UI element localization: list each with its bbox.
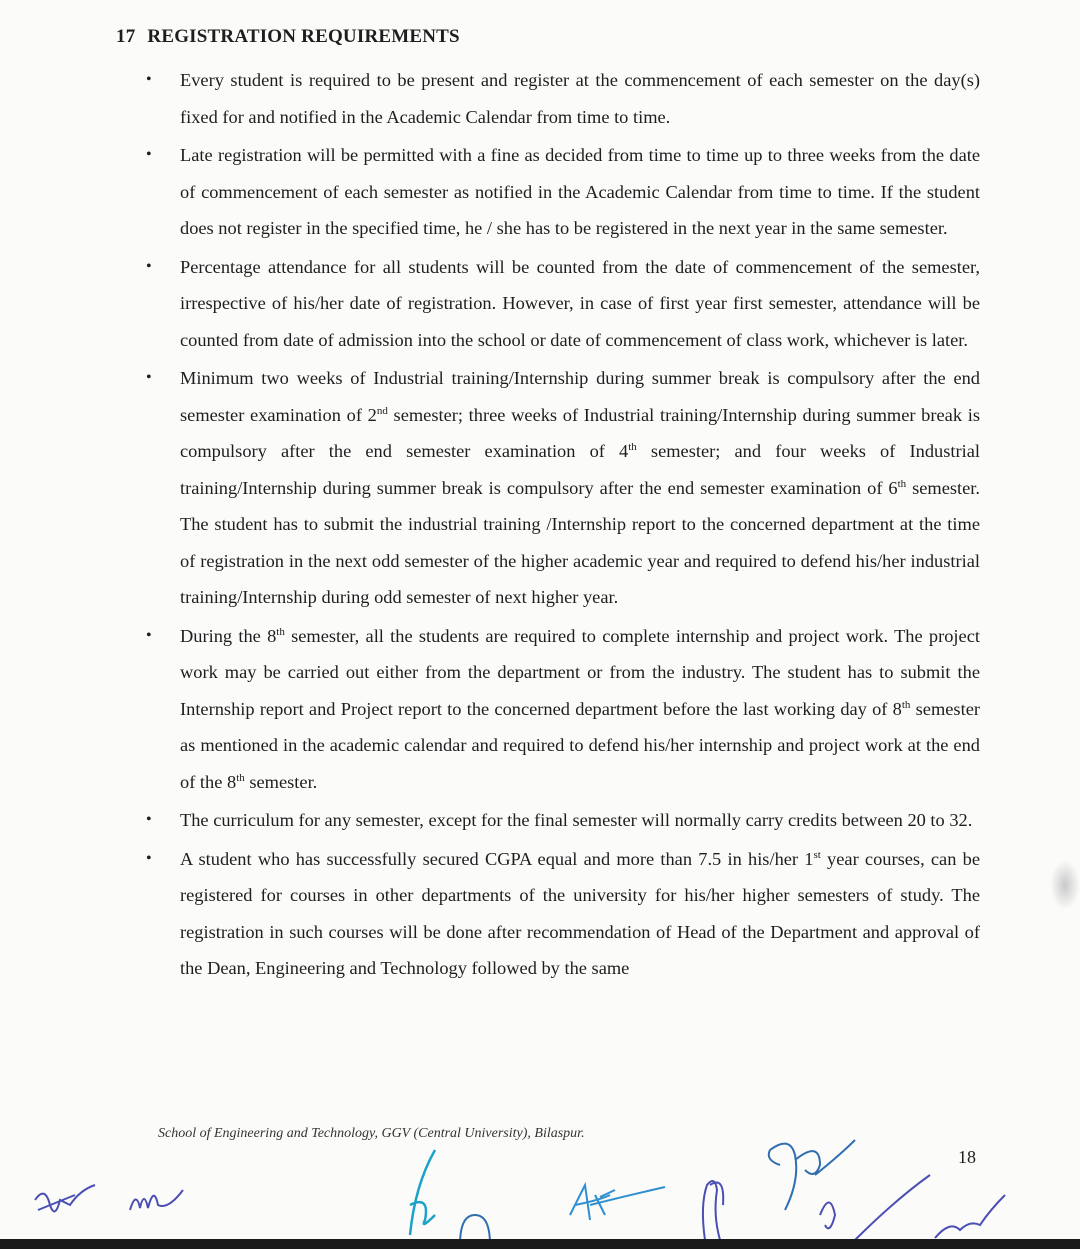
list-item: •Percentage attendance for all students … xyxy=(146,249,980,359)
bullet-icon: • xyxy=(146,841,152,878)
signature-3 xyxy=(395,1145,455,1245)
list-item-text: During the 8th semester, all the student… xyxy=(180,626,980,792)
bullet-icon: • xyxy=(146,249,152,286)
list-item-text: The curriculum for any semester, except … xyxy=(180,810,972,830)
bullet-icon: • xyxy=(146,802,152,839)
signature-9 xyxy=(930,1190,1010,1240)
list-item-text: Percentage attendance for all students w… xyxy=(180,257,980,350)
list-item: •The curriculum for any semester, except… xyxy=(146,802,980,839)
signature-6 xyxy=(695,1175,735,1245)
section-title: REGISTRATION REQUIREMENTS xyxy=(147,26,459,47)
list-item-text: Every student is required to be present … xyxy=(180,70,980,127)
list-item-text: Late registration will be permitted with… xyxy=(180,145,980,238)
signature-8 xyxy=(815,1170,935,1240)
list-item: •During the 8th semester, all the studen… xyxy=(146,618,980,801)
footer-institution: School of Engineering and Technology, GG… xyxy=(158,1126,585,1142)
bullet-icon: • xyxy=(146,360,152,397)
section-heading: 17REGISTRATION REQUIREMENTS xyxy=(116,26,460,48)
bottom-bar xyxy=(0,1239,1080,1249)
section-number: 17 xyxy=(116,26,135,47)
signature-1 xyxy=(30,1180,100,1230)
list-item: •Minimum two weeks of Industrial trainin… xyxy=(146,360,980,616)
list-item: •Late registration will be permitted wit… xyxy=(146,137,980,247)
page-number: 18 xyxy=(958,1147,976,1168)
bullet-icon: • xyxy=(146,62,152,99)
list-item: •A student who has successfully secured … xyxy=(146,841,980,987)
signature-2 xyxy=(128,1180,188,1220)
list-item-text: A student who has successfully secured C… xyxy=(180,849,980,979)
requirements-list: •Every student is required to be present… xyxy=(146,62,980,989)
list-item-text: Minimum two weeks of Industrial training… xyxy=(180,368,980,607)
bullet-icon: • xyxy=(146,618,152,655)
signature-5 xyxy=(560,1175,670,1225)
bullet-icon: • xyxy=(146,137,152,174)
scan-artifact xyxy=(1050,860,1080,910)
list-item: •Every student is required to be present… xyxy=(146,62,980,135)
